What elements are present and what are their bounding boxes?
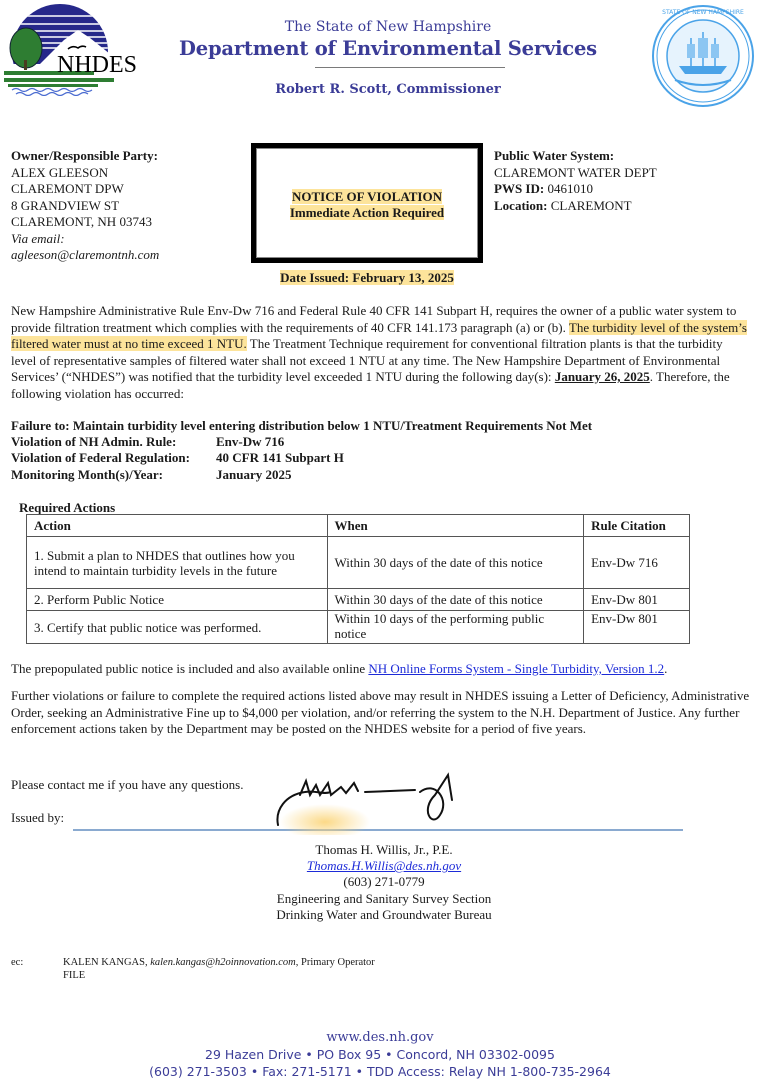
date-issued: Date Issued: February 13, 2025 [280,270,454,285]
public-notice-text: The prepopulated public notice is includ… [11,661,368,676]
header-divider [315,67,505,68]
table-row: 1. Submit a plan to NHDES that outlines … [27,537,690,589]
pws-location-value: CLAREMONT [547,198,631,213]
department-title: Department of Environmental Services [0,37,760,60]
owner-block: Owner/Responsible Party: ALEX GLEESON CL… [11,148,159,264]
owner-name: ALEX GLEESON [11,165,159,182]
ec-block: ec: KALEN KANGAS, kalen.kangas@h2oinnova… [11,956,375,982]
table-row: 3. Certify that public notice was perfor… [27,611,690,644]
violation-label: Violation of NH Admin. Rule: [11,434,216,450]
cell-rule: Env-Dw 801 [584,611,690,644]
notice-subtitle: Immediate Action Required [290,205,444,220]
violation-details: Failure to: Maintain turbidity level ent… [11,418,592,483]
cell-action: 1. Submit a plan to NHDES that outlines … [27,537,328,589]
online-forms-link[interactable]: NH Online Forms System - Single Turbidit… [368,661,664,676]
violation-label: Violation of Federal Regulation: [11,450,216,466]
ec-role: , Primary Operator [296,957,375,968]
pws-id-label: PWS ID: [494,181,544,196]
pws-block: Public Water System: CLAREMONT WATER DEP… [494,148,657,214]
cell-rule: Env-Dw 801 [584,589,690,611]
commissioner-line: Robert R. Scott, Commissioner [0,82,760,97]
footer-address: 29 Hazen Drive • PO Box 95 • Concord, NH… [0,1047,760,1062]
exceedance-date: January 26, 2025 [555,369,650,384]
cell-rule: Env-Dw 716 [584,537,690,589]
cell-action: 2. Perform Public Notice [27,589,328,611]
notice-title: NOTICE OF VIOLATION [292,189,442,204]
col-action: Action [27,515,328,537]
violation-label: Monitoring Month(s)/Year: [11,467,216,483]
owner-heading: Owner/Responsible Party: [11,148,158,163]
cell-when: Within 30 days of the date of this notic… [327,537,584,589]
cell-action: 3. Certify that public notice was perfor… [27,611,328,644]
pws-location-label: Location: [494,198,547,213]
signer-name: Thomas H. Willis, Jr., P.E. [8,842,760,858]
table-header-row: Action When Rule Citation [27,515,690,537]
issued-by-label: Issued by: [11,810,64,826]
public-notice-end: . [664,661,667,676]
failure-line: Failure to: Maintain turbidity level ent… [11,418,592,434]
ec-email: kalen.kangas@h2oinnovation.com [150,957,296,968]
ec-label: ec: [11,956,63,982]
signer-section: Engineering and Sanitary Survey Section [8,891,760,907]
violation-row: Violation of Federal Regulation:40 CFR 1… [11,450,592,466]
ec-name: KALEN KANGAS, [63,957,150,968]
cell-when: Within 10 days of the performing public … [327,611,584,644]
pws-id-value: 0461010 [544,181,593,196]
signature-image [270,770,510,835]
violation-value: January 2025 [216,467,291,483]
state-heading: The State of New Hampshire [0,19,760,35]
col-rule: Rule Citation [584,515,690,537]
owner-via-label: Via email: [11,231,65,246]
col-when: When [327,515,584,537]
table-row: 2. Perform Public Notice Within 30 days … [27,589,690,611]
pws-name: CLAREMONT WATER DEPT [494,165,657,182]
footer-website: www.des.nh.gov [0,1030,760,1045]
owner-street: 8 GRANDVIEW ST [11,198,159,215]
signer-email-link[interactable]: Thomas.H.Willis@des.nh.gov [307,858,461,873]
required-actions-table: Action When Rule Citation 1. Submit a pl… [26,514,690,644]
pws-heading: Public Water System: [494,148,614,163]
public-notice-paragraph: The prepopulated public notice is includ… [11,661,751,678]
cell-when: Within 30 days of the date of this notic… [327,589,584,611]
notice-title-block: NOTICE OF VIOLATION Immediate Action Req… [251,189,483,221]
signer-phone: (603) 271-0779 [8,874,760,890]
violation-value: 40 CFR 141 Subpart H [216,450,344,466]
rule-paragraph: New Hampshire Administrative Rule Env-Dw… [11,303,751,402]
state-seal: STATE OF NEW HAMPSHIRE [651,4,755,108]
signer-block: Thomas H. Willis, Jr., P.E. Thomas.H.Wil… [0,842,760,923]
footer-phones: (603) 271-3503 • Fax: 271-5171 • TDD Acc… [0,1064,760,1079]
further-violations-paragraph: Further violations or failure to complet… [11,688,751,738]
ec-file: FILE [63,969,375,982]
svg-text:STATE OF NEW HAMPSHIRE: STATE OF NEW HAMPSHIRE [662,9,744,16]
owner-city: CLAREMONT, NH 03743 [11,214,159,231]
signer-bureau: Drinking Water and Groundwater Bureau [8,907,760,923]
violation-row: Monitoring Month(s)/Year:January 2025 [11,467,592,483]
owner-org: CLAREMONT DPW [11,181,159,198]
owner-email: agleeson@claremontnh.com [11,247,159,262]
violation-row: Violation of NH Admin. Rule:Env-Dw 716 [11,434,592,450]
violation-value: Env-Dw 716 [216,434,284,450]
